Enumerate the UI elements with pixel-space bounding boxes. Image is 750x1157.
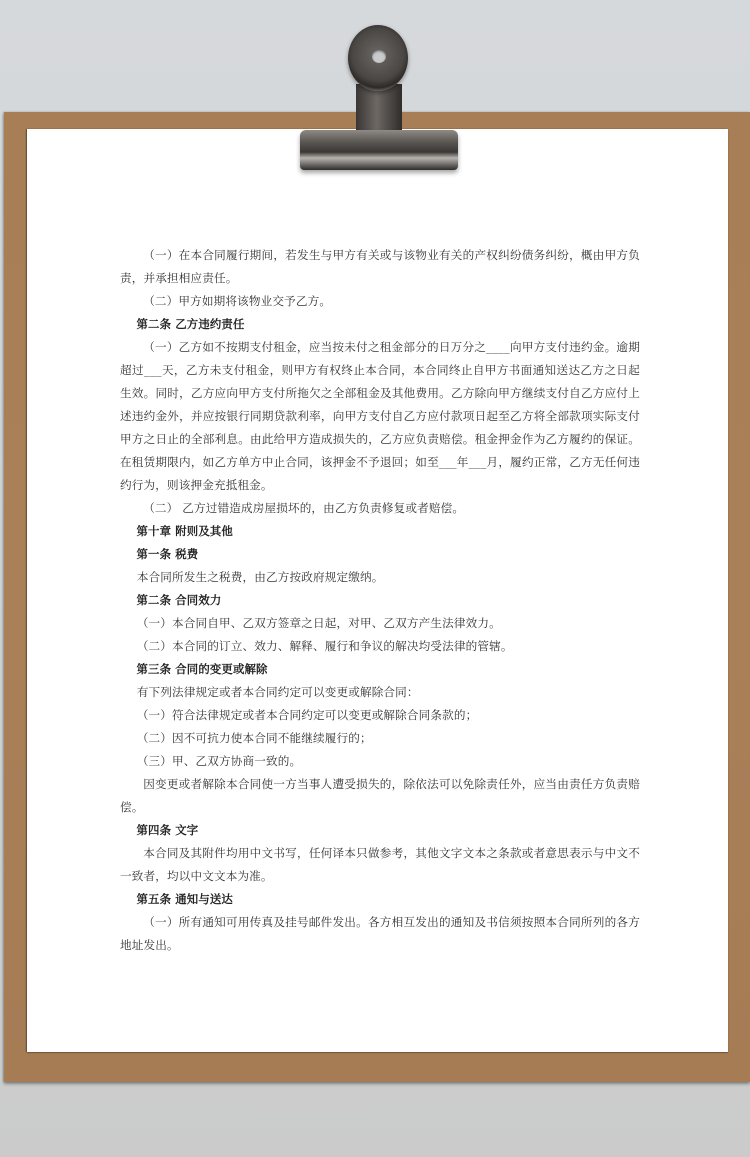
paragraph: （一）乙方如不按期支付租金，应当按未付之租金部分的日万分之____向甲方支付违约…: [120, 336, 640, 497]
clip-bar: [300, 130, 458, 170]
section-heading: 第四条 文字: [120, 819, 640, 842]
paragraph: （二） 乙方过错造成房屋损坏的，由乙方负责修复或者赔偿。: [120, 497, 640, 520]
paragraph: （二）甲方如期将该物业交予乙方。: [120, 290, 640, 313]
section-heading: 第二条 合同效力: [120, 589, 640, 612]
binder-clip-icon: [296, 22, 462, 170]
clip-hole: [372, 50, 386, 63]
paragraph: 本合同及其附件均用中文书写，任何译本只做参考，其他文字文本之条款或者意思表示与中…: [120, 842, 640, 888]
paragraph: （二）因不可抗力使本合同不能继续履行的；: [120, 727, 640, 750]
paragraph: （一）本合同自甲、乙双方签章之日起，对甲、乙双方产生法律效力。: [120, 612, 640, 635]
paragraph: （一）所有通知可用传真及挂号邮件发出。各方相互发出的通知及书信须按照本合同所列的…: [120, 911, 640, 957]
paragraph: （一）在本合同履行期间，若发生与甲方有关或与该物业有关的产权纠纷债务纠纷，概由甲…: [120, 244, 640, 290]
paragraph: （二）本合同的订立、效力、解释、履行和争议的解决均受法律的管辖。: [120, 635, 640, 658]
section-heading: 第二条 乙方违约责任: [120, 313, 640, 336]
section-heading: 第五条 通知与送达: [120, 888, 640, 911]
paragraph: 有下列法律规定或者本合同约定可以变更或解除合同：: [120, 681, 640, 704]
section-heading: 第一条 税费: [120, 543, 640, 566]
paragraph: （一）符合法律规定或者本合同约定可以变更或解除合同条款的；: [120, 704, 640, 727]
contract-text: （一）在本合同履行期间，若发生与甲方有关或与该物业有关的产权纠纷债务纠纷，概由甲…: [120, 244, 640, 957]
paragraph: 本合同所发生之税费，由乙方按政府规定缴纳。: [120, 566, 640, 589]
section-heading: 第三条 合同的变更或解除: [120, 658, 640, 681]
paragraph: 因变更或者解除本合同使一方当事人遭受损失的，除依法可以免除责任外，应当由责任方负…: [120, 773, 640, 819]
clip-neck: [356, 84, 402, 134]
chapter-heading: 第十章 附则及其他: [120, 520, 640, 543]
paragraph: （三）甲、乙双方协商一致的。: [120, 750, 640, 773]
